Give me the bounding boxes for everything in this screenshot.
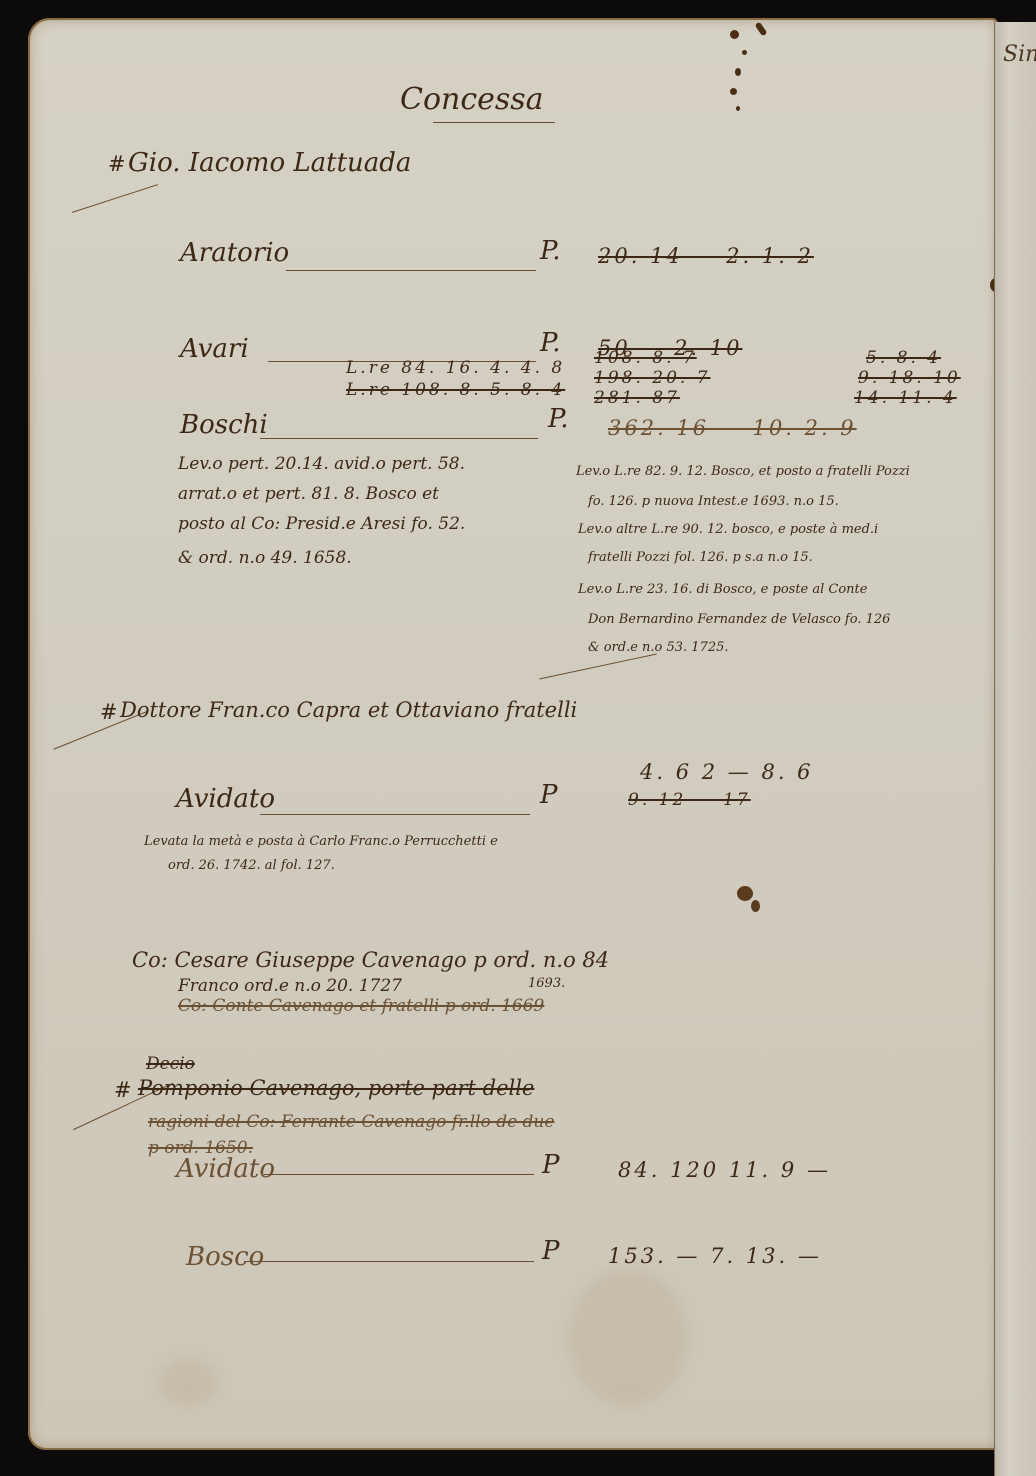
ink-blot [737,886,753,901]
entry-owner: Gio. Iacomo Lattuada [128,148,411,178]
note-line: fratelli Pozzi fol. 126. p s.a n.o 15. [588,550,813,565]
line-value: 84. 120 11. 9 — [618,1158,831,1182]
adjacent-page-edge: Sin [994,22,1036,1476]
note-line: Franco ord.e n.o 20. 1727 [178,976,402,996]
line-value: 153. — 7. 13. — [608,1244,822,1268]
line-symbol: P. [540,328,561,358]
entry-marker: # [108,152,126,176]
ink-blot [755,22,768,37]
line-label: Avidato [176,784,275,814]
entry-owner: Dottore Fran.co Capra et Ottaviano frate… [120,698,577,722]
line-symbol: P. [548,404,569,434]
line-value: 20. 14 — 2. 1. 2 [598,244,814,268]
manuscript-page: Concessa # Gio. Iacomo Lattuada Aratorio… [28,18,998,1450]
note-line: Lev.o altre L.re 90. 12. bosco, e poste … [578,522,878,537]
note-line: arrat.o et pert. 81. 8. Bosco et [178,484,439,504]
note-line: Levata la metà e posta à Carlo Franc.o P… [144,834,498,849]
leader-line [244,1261,534,1262]
line-symbol: P [542,1150,560,1180]
sub-value: L.re 84. 16. 4. 4. 8 [346,358,565,378]
note-line: Don Bernardino Fernandez de Velasco fo. … [588,612,890,627]
line-symbol: P [542,1236,560,1266]
entry-strike-mark [72,184,158,213]
sub-value: 108. 8. 7 [594,348,697,368]
leader-line [260,438,538,439]
ink-blot [742,50,747,55]
page-heading: Concessa [400,82,544,117]
strike-mark [539,654,657,680]
line-label: Aratorio [180,238,289,268]
entry-owner: Co: Cesare Giuseppe Cavenago p ord. n.o … [132,948,609,972]
sub-value: 5. 8. 4 [866,348,941,368]
sub-value: 198. 20. 7 [594,368,711,388]
ink-blot [735,68,741,76]
adjacent-page-text: Sin [1003,42,1036,67]
note-line: Lev.o L.re 82. 9. 12. Bosco, et posto a … [576,464,910,479]
note-line: Lev.o pert. 20.14. avid.o pert. 58. [178,454,465,474]
line-symbol: P. [540,236,561,266]
note-line: Lev.o L.re 23. 16. di Bosco, e poste al … [578,582,867,597]
leader-line [260,814,530,815]
line-label: Avidato [176,1154,275,1184]
sub-value: 281. 87 [594,388,680,408]
note-line: & ord. n.o 49. 1658. [178,548,352,568]
note-line: & ord.e n.o 53. 1725. [588,640,729,655]
heading-underline [433,122,555,123]
ink-blot [730,30,739,39]
line-value: 362. 16 — 10. 2. 9 [608,416,857,440]
entry-marker: # [114,1078,132,1102]
note-line: fo. 126. p nuova Intest.e 1693. n.o 15. [588,494,839,509]
note-line: ord. 26. 1742. al fol. 127. [168,858,335,873]
water-stain [568,1268,688,1408]
struck-note-line: Co: Conte Cavenago et fratelli p ord. 16… [178,996,544,1016]
ink-blot [751,900,760,912]
line-label: Avari [180,334,249,364]
line-label: Bosco [186,1242,264,1272]
ink-blot [736,106,740,111]
line-label: Boschi [180,410,268,440]
leader-line [264,1174,534,1175]
struck-value: 9. 12 — 17 [628,790,751,810]
ink-blot [730,88,737,95]
inserted-name: Decio [146,1054,195,1074]
struck-note-line: ragioni del Co: Ferrante Cavenago fr.llo… [148,1112,554,1132]
water-stain [158,1358,218,1408]
line-symbol: P [540,780,558,810]
year-note: 1693. [528,976,565,991]
sub-value: 14. 11. 4 [854,388,957,408]
note-line: posto al Co: Presid.e Aresi fo. 52. [178,514,465,534]
entry-marker: # [100,700,118,724]
line-value: 4. 6 2 — 8. 6 [640,760,814,784]
sub-value: L.re 108. 8. 5. 8. 4 [346,380,565,400]
leader-line [286,270,536,271]
sub-value: 9. 18. 10 [858,368,961,388]
entry-owner: Pomponio Cavenago, porte part delle [138,1076,534,1100]
